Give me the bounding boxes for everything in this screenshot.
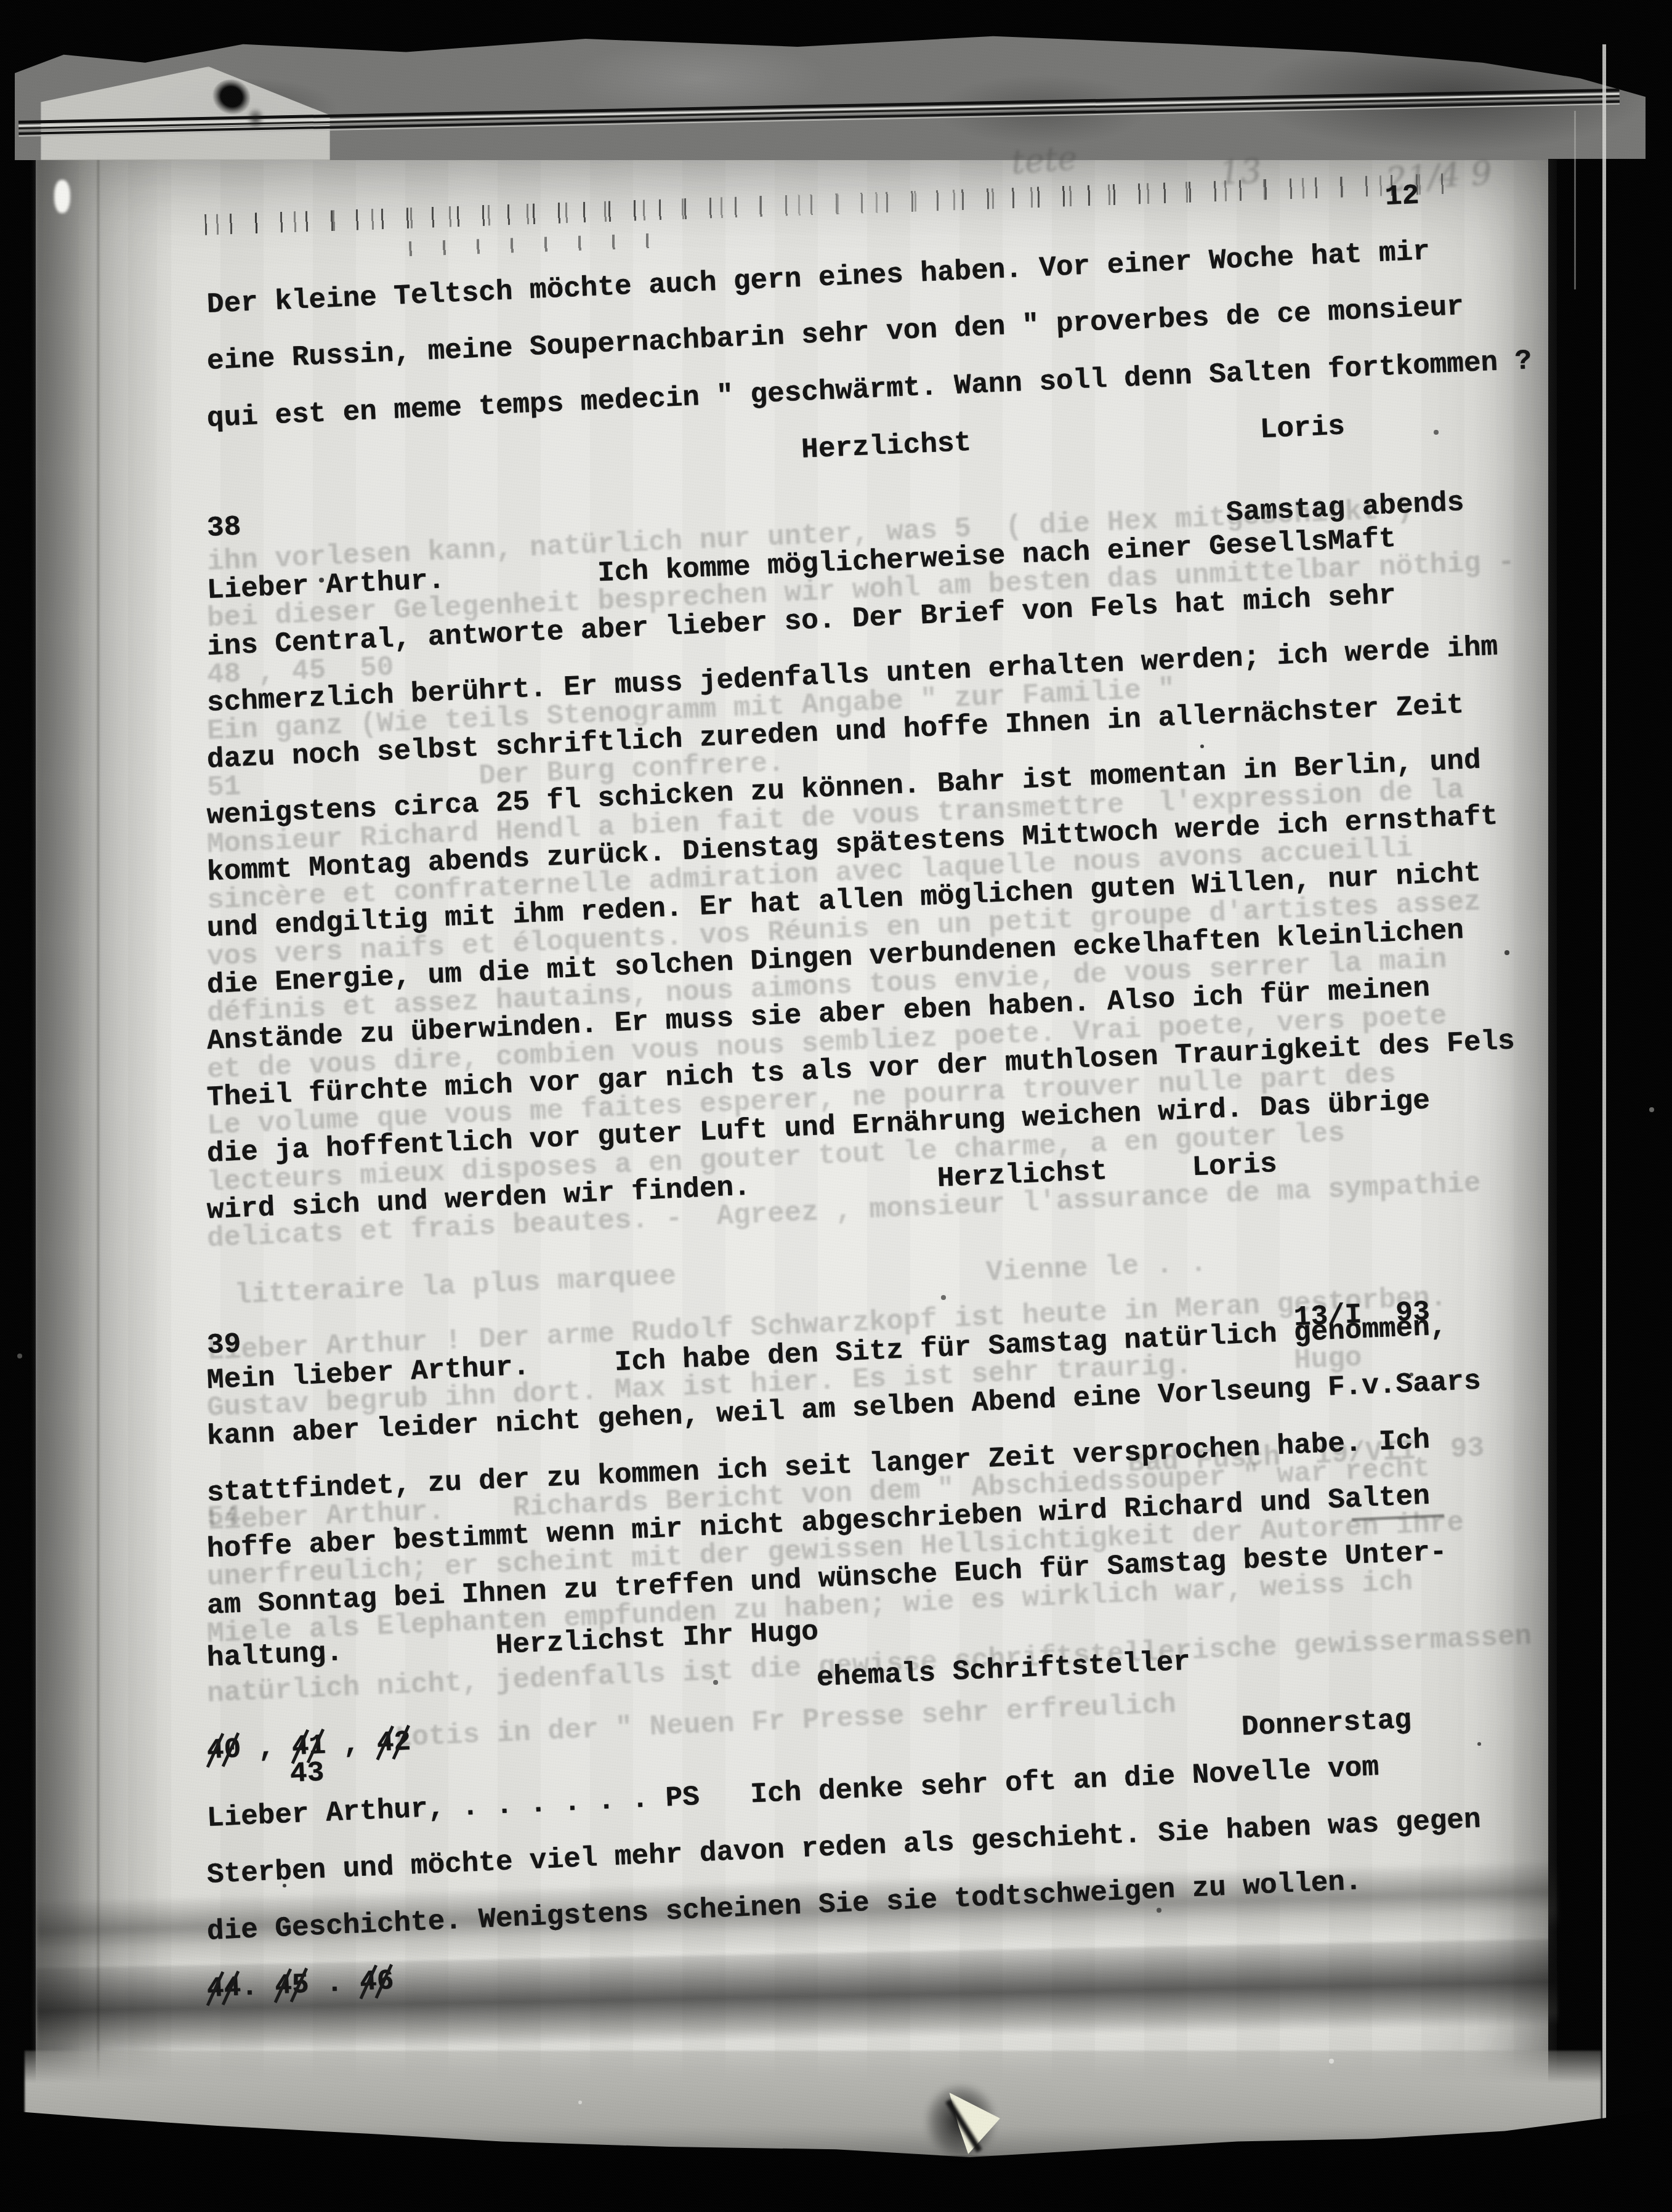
letter-number: 38: [206, 512, 241, 545]
letter-number: 43: [289, 1758, 325, 1791]
separator: ,: [240, 1731, 293, 1766]
strikethrough-number: 40: [206, 1734, 241, 1767]
film-flaw: [54, 180, 70, 213]
separator: ,: [325, 1727, 378, 1762]
film-edge-line-2: [1574, 111, 1576, 289]
separator: .: [308, 1966, 360, 2001]
microfilm-scan: tete 13 21/4 9 ihn vorlesen kann, natürl…: [0, 0, 1672, 2212]
pencil-scribble: tete: [1010, 138, 1078, 181]
pencil-number: 13: [1218, 151, 1263, 193]
page-left-stain: [36, 145, 165, 2155]
film-edge-line: [1602, 44, 1606, 2212]
strikethrough-number: 44: [206, 1972, 241, 2006]
strikethrough-number: 46: [359, 1966, 394, 1999]
strikethrough-number: 42: [376, 1727, 411, 1760]
film-right-border: [1548, 159, 1672, 2212]
vertical-crease: [97, 154, 99, 2112]
film-speckles: [0, 0, 2, 2]
separator: .: [240, 1970, 275, 2003]
ink-smudge: [245, 106, 266, 131]
letter-number: 39: [206, 1329, 241, 1362]
page-number: 12: [1384, 180, 1420, 214]
strikethrough-number: 45: [274, 1969, 309, 2003]
